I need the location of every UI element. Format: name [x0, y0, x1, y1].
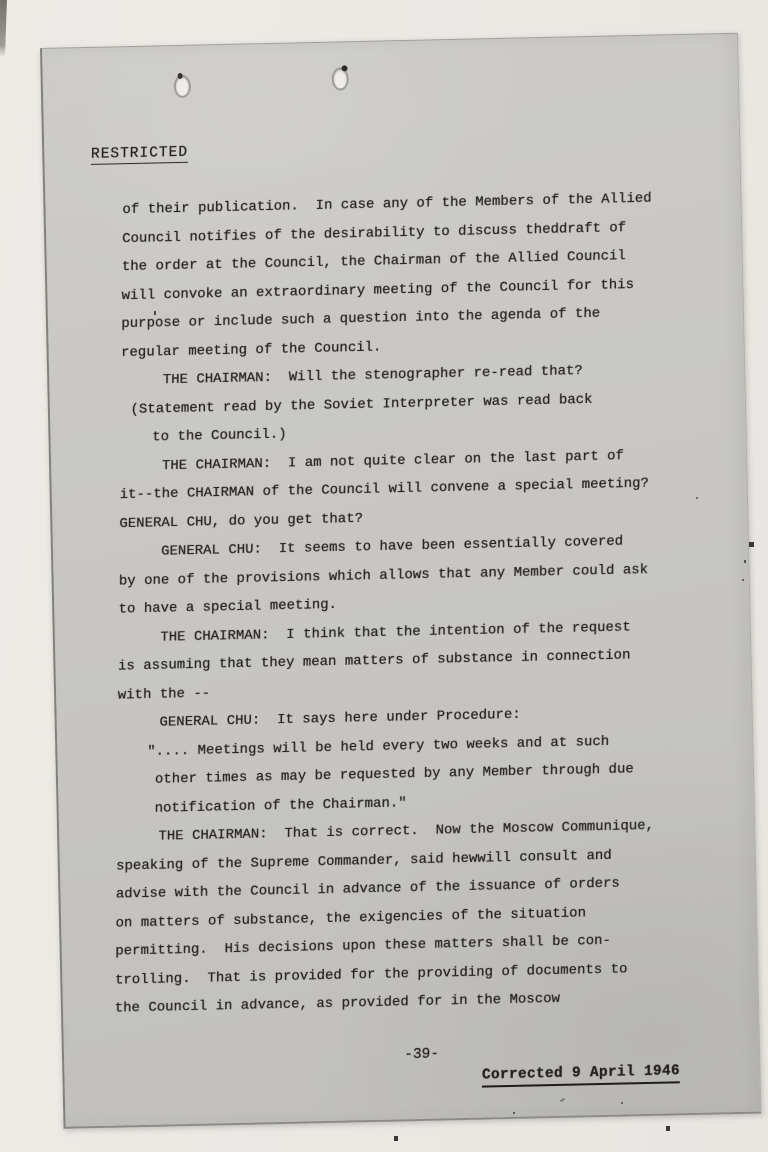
- transcript: of their publication. In case any of the…: [115, 185, 660, 1024]
- scan-speck: [742, 579, 744, 581]
- scan-speck: [513, 1112, 515, 1114]
- scan-speck: [749, 542, 754, 547]
- correction-note: Corrected 9 April 1946: [482, 1063, 680, 1087]
- scan-speck: [154, 311, 156, 315]
- scan-speck: [744, 560, 746, 563]
- scan-speck: [666, 1126, 670, 1131]
- classification-stamp: RESTRICTED: [91, 145, 188, 165]
- scan-speck: [696, 497, 698, 499]
- scan-edge-artifact: [0, 0, 7, 57]
- scan-speck: [394, 1136, 398, 1141]
- scan-text-layer: RESTRICTED of their publication. In case…: [32, 34, 737, 1128]
- paper-sheet: RESTRICTED of their publication. In case…: [40, 33, 761, 1129]
- page-number: -39-: [404, 1047, 439, 1064]
- scan-speck: [621, 1102, 623, 1104]
- scan-background: RESTRICTED of their publication. In case…: [0, 0, 768, 1152]
